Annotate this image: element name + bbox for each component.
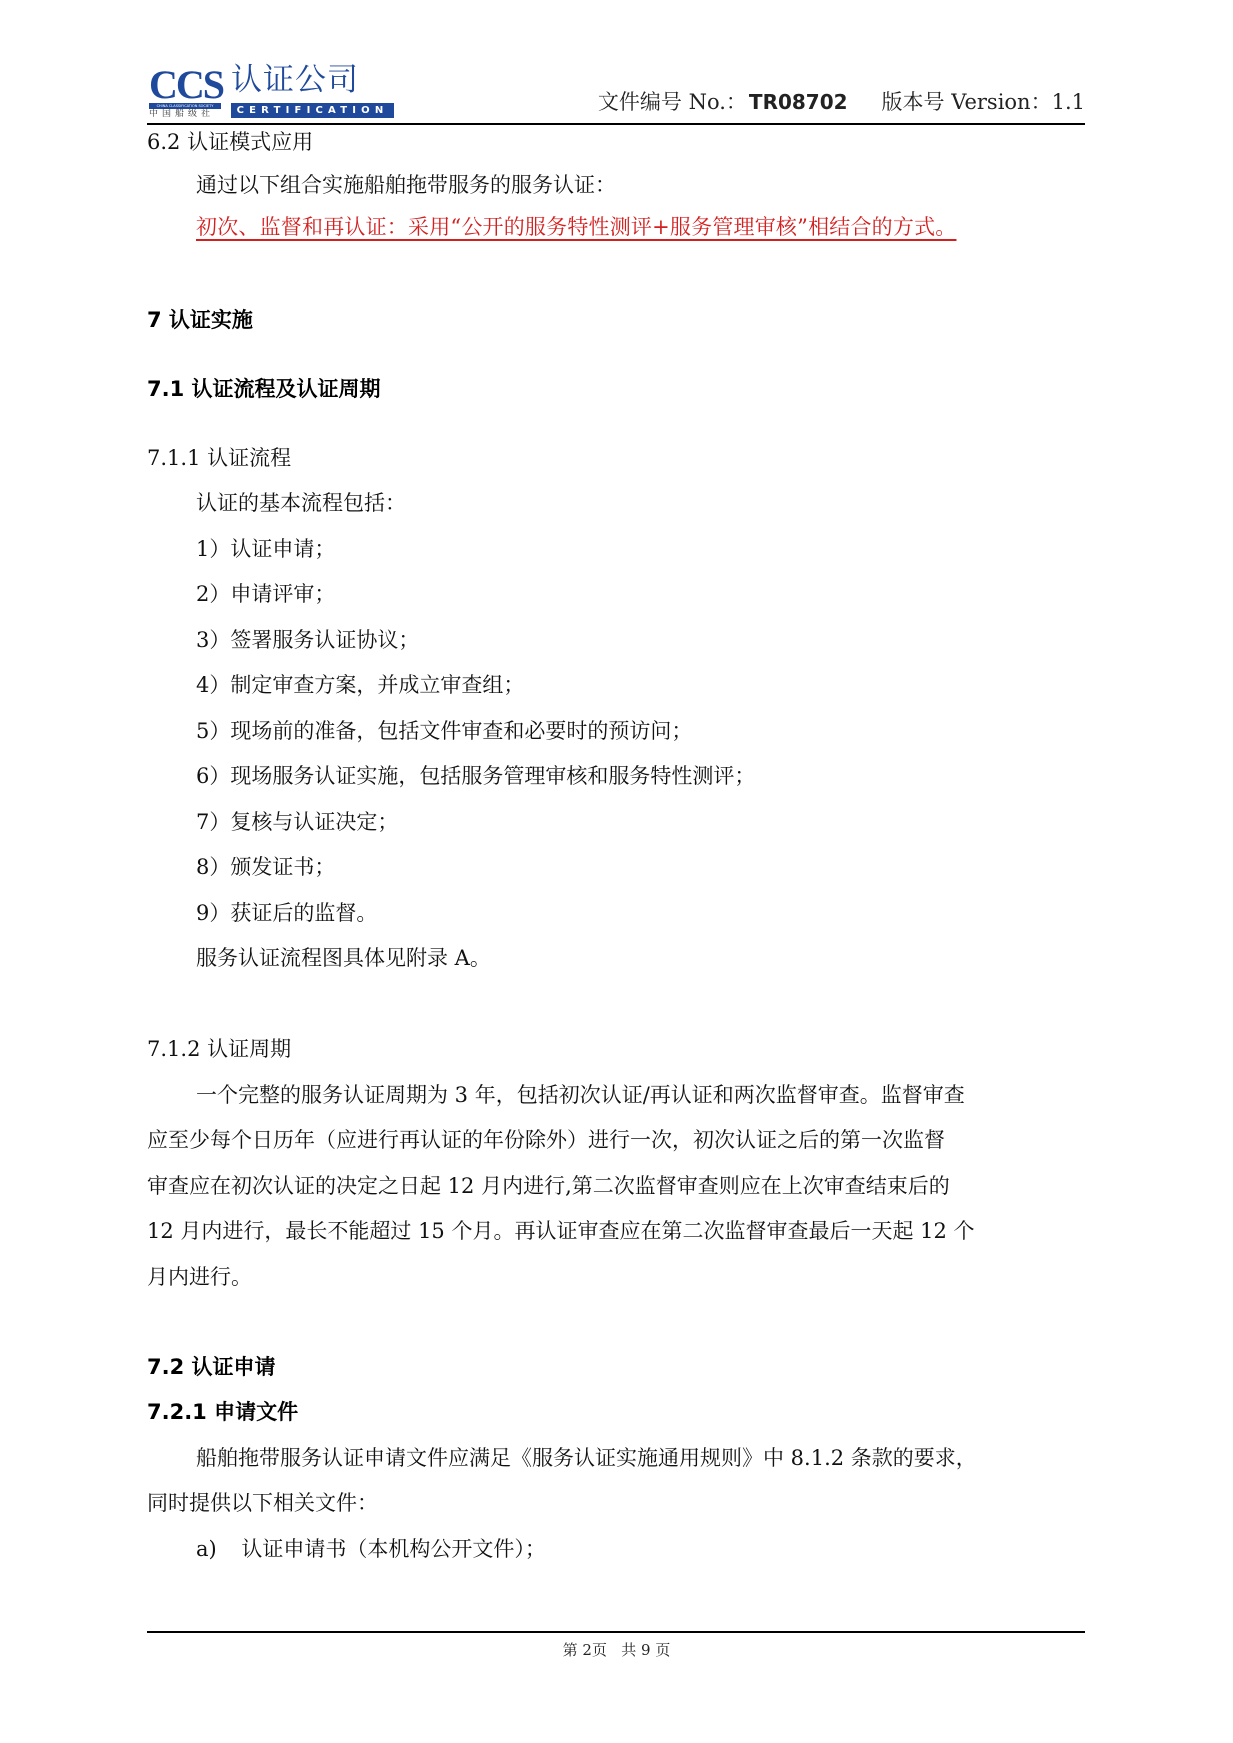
logo-company-cn: 认证公司 xyxy=(231,62,359,98)
section-7-2-title: 7.2 认证申请 xyxy=(147,1353,276,1381)
list-item-marker: a) xyxy=(196,1537,217,1561)
section-6-2-intro: 通过以下组合实施船舶拖带服务的服务认证： xyxy=(196,171,616,199)
paragraph-line: 月内进行。 xyxy=(147,1263,252,1291)
ccs-certification-logo: CCS CHINA CLASSIFICATION SOCIETY 中国船级社 认… xyxy=(147,62,403,118)
section-7-1-1-note: 服务认证流程图具体见附录 A。 xyxy=(196,944,491,972)
paragraph-line: 同时提供以下相关文件： xyxy=(147,1489,378,1517)
section-7-1-title: 7.1 认证流程及认证周期 xyxy=(147,375,381,403)
section-7-2-1-title: 7.2.1 申请文件 xyxy=(147,1398,298,1426)
document-meta: 文件编号 No.：TR08702版本号 Version：1.1 xyxy=(598,88,1085,116)
section-7-1-1-intro: 认证的基本流程包括： xyxy=(196,489,406,517)
list-item-text: 认证申请书（本机构公开文件）； xyxy=(241,1537,546,1561)
list-item: 1）认证申请； xyxy=(196,535,335,563)
section-6-2-highlight: 初次、监督和再认证：采用“公开的服务特性测评+服务管理审核”相结合的方式。 xyxy=(196,213,956,241)
logo-ccs-wordmark: CCS xyxy=(149,65,223,105)
logo-certification-bar: CERTIFICATION xyxy=(231,103,394,118)
version-label: 版本号 Version： xyxy=(882,90,1052,114)
list-item: 8）颁发证书； xyxy=(196,853,335,881)
section-7-1-1-title: 7.1.1 认证流程 xyxy=(147,444,291,472)
list-item: 2）申请评审； xyxy=(196,580,335,608)
paragraph-line: 12 月内进行，最长不能超过 15 个月。再认证审查应在第二次监督审查最后一天起… xyxy=(147,1217,975,1245)
list-item: 9）获证后的监督。 xyxy=(196,899,377,927)
page-header: CCS CHINA CLASSIFICATION SOCIETY 中国船级社 认… xyxy=(147,62,1085,124)
list-item: a) 认证申请书（本机构公开文件）； xyxy=(196,1535,546,1563)
logo-society-cn: 中国船级社 xyxy=(149,109,214,119)
list-item: 3）签署服务认证协议； xyxy=(196,626,419,654)
list-item: 5）现场前的准备，包括文件审查和必要时的预访问； xyxy=(196,717,692,745)
document-page: CCS CHINA CLASSIFICATION SOCIETY 中国船级社 认… xyxy=(0,0,1233,1743)
paragraph-line: 船舶拖带服务认证申请文件应满足《服务认证实施通用规则》中 8.1.2 条款的要求… xyxy=(196,1444,977,1472)
list-item: 6）现场服务认证实施，包括服务管理审核和服务特性测评； xyxy=(196,762,755,790)
doc-number-label: 文件编号 No.： xyxy=(598,90,747,114)
paragraph-line: 应至少每个日历年（应进行再认证的年份除外）进行一次，初次认证之后的第一次监督 xyxy=(147,1126,945,1154)
footer-divider xyxy=(147,1631,1085,1633)
logo-abbr: CCS xyxy=(149,62,223,107)
section-6-2-title: 6.2 认证模式应用 xyxy=(147,128,313,156)
section-7-1-2-title: 7.1.2 认证周期 xyxy=(147,1035,291,1063)
version-number: 1.1 xyxy=(1052,90,1085,114)
section-7-title: 7 认证实施 xyxy=(147,306,253,334)
list-item: 4）制定审查方案，并成立审查组； xyxy=(196,671,524,699)
page-number: 第 2页 共 9 页 xyxy=(0,1640,1233,1660)
list-item: 7）复核与认证决定； xyxy=(196,808,398,836)
doc-number: TR08702 xyxy=(749,90,848,114)
paragraph-line: 一个完整的服务认证周期为 3 年，包括初次认证/再认证和两次监督审查。监督审查 xyxy=(196,1081,965,1109)
paragraph-line: 审查应在初次认证的决定之日起 12 月内进行,第二次监督审查则应在上次审查结束后… xyxy=(147,1172,950,1200)
header-divider xyxy=(147,123,1085,125)
